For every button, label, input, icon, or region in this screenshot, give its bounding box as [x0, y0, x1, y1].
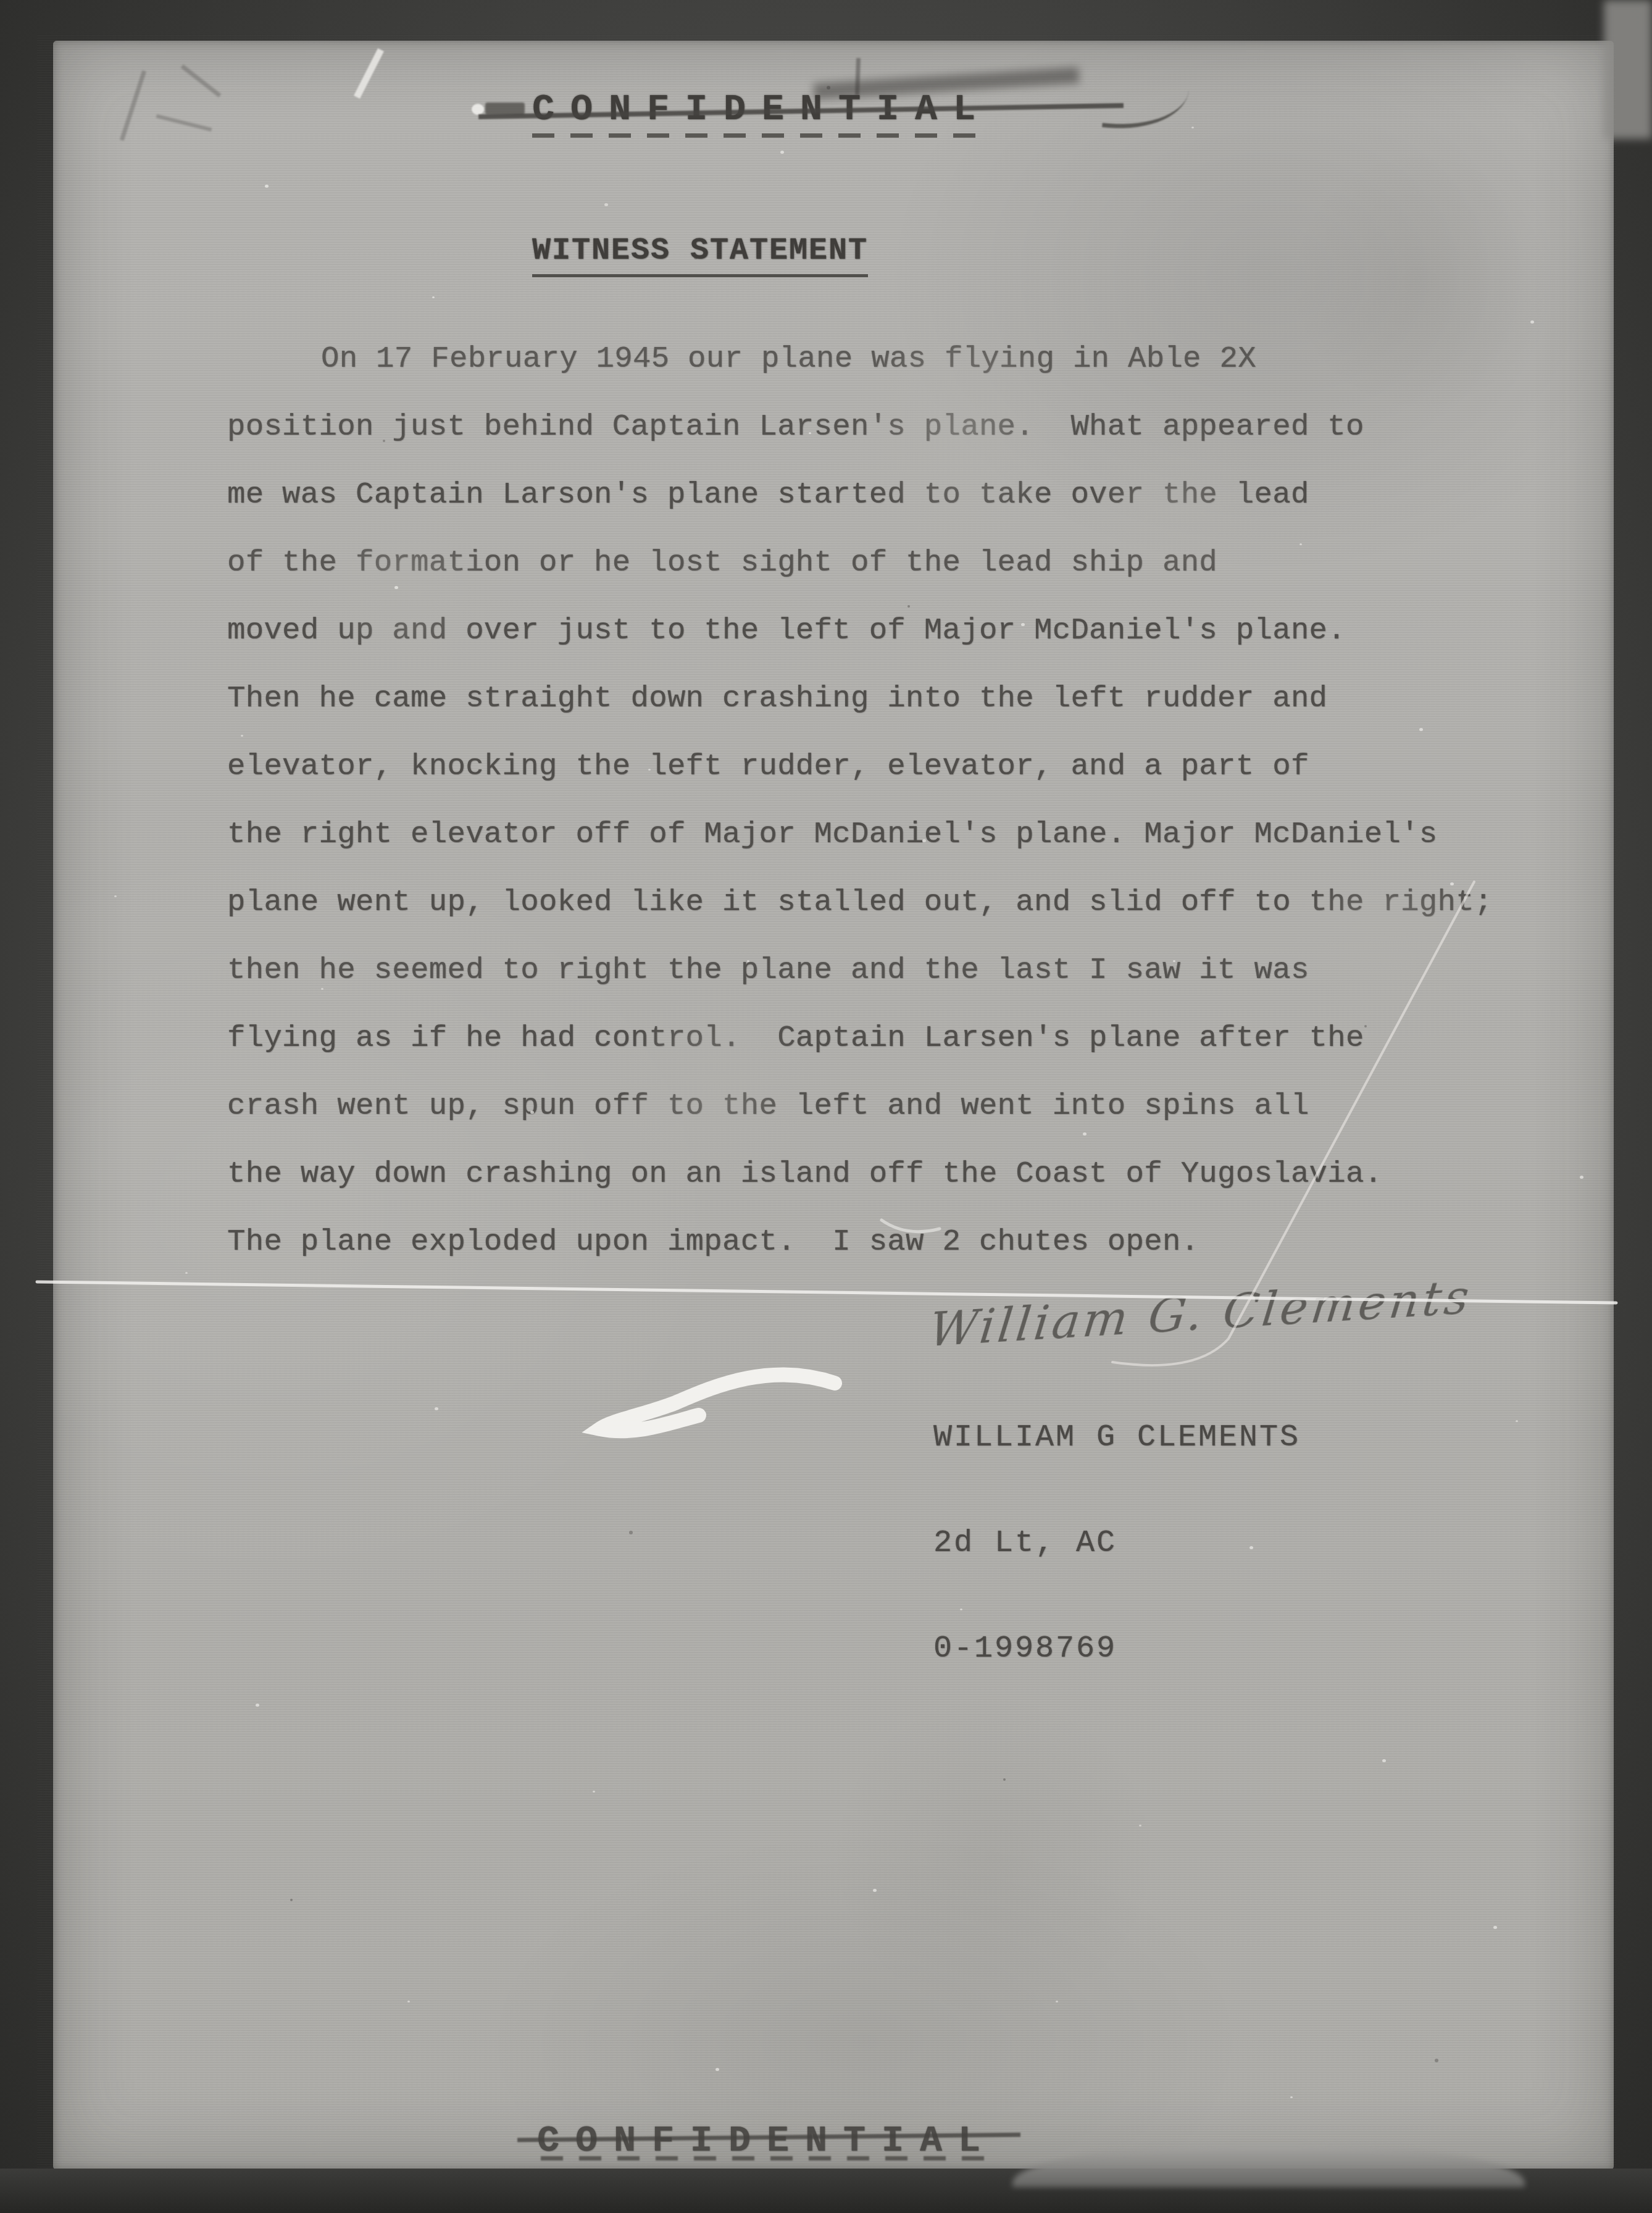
signature-name: WILLIAM G CLEMENTS	[933, 1420, 1300, 1455]
body-line: position just behind Captain Larsen's pl…	[227, 393, 1493, 461]
body-line: On 17 February 1945 our plane was flying…	[321, 325, 1493, 393]
body-line: plane went up, looked like it stalled ou…	[227, 868, 1493, 936]
scanned-document-page: { "doc": { "classification_top": "CONFID…	[0, 0, 1652, 2213]
body-line: Then he came straight down crashing into…	[227, 664, 1493, 732]
body-line: of the formation or he lost sight of the…	[227, 529, 1493, 596]
body-line: the right elevator off of Major McDaniel…	[227, 800, 1493, 868]
body-line: flying as if he had control. Captain Lar…	[227, 1004, 1493, 1072]
body-line: the way down crashing on an island off t…	[227, 1140, 1493, 1208]
dust-speckles	[0, 0, 2, 2]
signature-serial: 0-1998769	[933, 1631, 1300, 1667]
dust-spot	[472, 104, 484, 115]
body-line: moved up and over just to the left of Ma…	[227, 596, 1493, 664]
body-line: then he seemed to right the plane and th…	[227, 936, 1493, 1004]
body-line: crash went up, spun off to the left and …	[227, 1072, 1493, 1140]
body-line: elevator, knocking the left rudder, elev…	[227, 732, 1493, 800]
signature-block: WILLIAM G CLEMENTS 2d Lt, AC 0-1998769	[933, 1350, 1300, 1702]
typed-underline	[532, 133, 989, 138]
statement-body: On 17 February 1945 our plane was flying…	[227, 325, 1493, 1276]
classification-footer: CONFIDENTIAL	[537, 2122, 996, 2161]
body-line: me was Captain Larson's plane started to…	[227, 461, 1493, 529]
signature-rank: 2d Lt, AC	[933, 1526, 1300, 1561]
body-line: The plane exploded upon impact. I saw 2 …	[227, 1208, 1493, 1276]
document-title: WITNESS STATEMENT	[532, 233, 868, 277]
typed-underline	[541, 2156, 993, 2161]
scan-border-patch	[1604, 0, 1652, 139]
